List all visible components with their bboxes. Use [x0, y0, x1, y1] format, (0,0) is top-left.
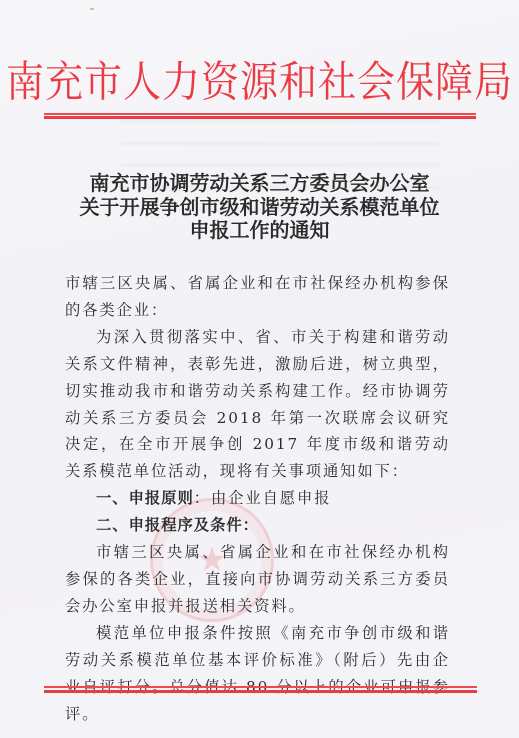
notice-body: 市辖三区央属、省属企业和在市社保经办机构参保的各类企业： 为深入贯彻落实中、省、…	[65, 270, 450, 727]
masthead-title: 南充市人力资源和社会保障局	[0, 57, 519, 109]
rule-thin-line	[44, 113, 476, 115]
footer-red-rule	[44, 686, 477, 693]
section-1-text: ：由企业自愿申报	[194, 489, 332, 507]
salutation: 市辖三区央属、省属企业和在市社保经办机构参保的各类企业：	[65, 270, 450, 324]
paper-speck	[90, 8, 94, 10]
section-1-heading: 一、申报原则	[96, 489, 194, 507]
document-page: 南充市人力资源和社会保障局 南充市协调劳动关系三方委员会办公室 关于开展争创市级…	[0, 0, 519, 738]
notice-title-line-1: 南充市协调劳动关系三方委员会办公室	[0, 172, 519, 196]
paragraph-procedure: 市辖三区央属、省属企业和在市社保经办机构参保的各类企业，直接向市协调劳动关系三方…	[65, 539, 450, 620]
notice-title-line-2: 关于开展争创市级和谐劳动关系模范单位	[0, 196, 519, 220]
paragraph-intro: 为深入贯彻落实中、省、市关于构建和谐劳动关系文件精神，表彰先进，激励后进，树立典…	[65, 324, 450, 485]
notice-title: 南充市协调劳动关系三方委员会办公室 关于开展争创市级和谐劳动关系模范单位 申报工…	[0, 172, 519, 243]
notice-title-line-3: 申报工作的通知	[0, 219, 519, 243]
rule-thick-line	[44, 116, 476, 119]
rule-thick-line	[44, 690, 477, 693]
section-2: 二、申报程序及条件：	[65, 512, 450, 539]
masthead-red-rule	[44, 113, 476, 119]
paragraph-conditions: 模范单位申报条件按照《南充市争创市级和谐劳动关系模范单位基本评价标准》（附后）先…	[65, 620, 450, 728]
section-1: 一、申报原则：由企业自愿申报	[65, 485, 450, 512]
section-2-heading: 二、申报程序及条件：	[96, 516, 259, 534]
rule-thin-line	[44, 686, 477, 688]
